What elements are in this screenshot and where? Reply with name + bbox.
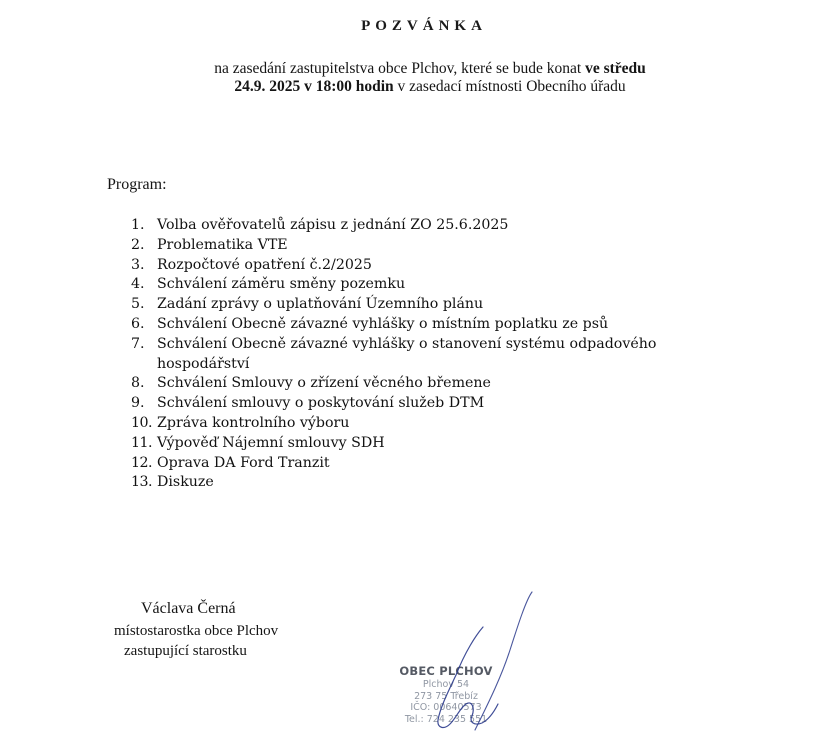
intro-line-2: 24.9. 2025 v 18:00 hodin v zasedací míst… <box>0 78 840 96</box>
agenda-item-text: Výpověď Nájemní smlouvy SDH <box>157 434 385 454</box>
signatory-role: místostarostka obce Plchov <box>114 623 278 640</box>
agenda-list: 1.Volba ověřovatelů zápisu z jednání ZO … <box>131 216 717 493</box>
intro-line-2-regular: v zasedací místnosti Obecního úřadu <box>394 78 626 95</box>
agenda-item-text: Zpráva kontrolního výboru <box>157 414 349 434</box>
agenda-item-text: Schválení Smlouvy o zřízení věcného břem… <box>157 374 491 394</box>
agenda-item-text: Schválení Obecně závazné vyhlášky o míst… <box>157 315 608 335</box>
agenda-item-number: 8. <box>131 374 157 394</box>
agenda-item-text: Schválení smlouvy o poskytování služeb D… <box>157 394 484 414</box>
signatory-role-note: zastupující starostku <box>124 643 247 660</box>
agenda-item: 2.Problematika VTE <box>131 236 717 256</box>
document-title: POZVÁNKA <box>0 18 840 35</box>
agenda-item-text: Rozpočtové opatření č.2/2025 <box>157 256 372 276</box>
agenda-item: 4.Schválení záměru směny pozemku <box>131 275 717 295</box>
agenda-item: 3.Rozpočtové opatření č.2/2025 <box>131 256 717 276</box>
stamp-line: 273 75 Třebíz <box>396 691 496 703</box>
agenda-item-number: 11. <box>131 434 157 454</box>
agenda-item: 10.Zpráva kontrolního výboru <box>131 414 717 434</box>
intro-line-1-regular: na zasedání zastupitelstva obce Plchov, … <box>214 60 585 77</box>
agenda-item-text: Problematika VTE <box>157 236 288 256</box>
invitation-intro: na zasedání zastupitelstva obce Plchov, … <box>0 60 840 96</box>
agenda-item-text: Diskuze <box>157 473 214 493</box>
agenda-item: 6.Schválení Obecně závazné vyhlášky o mí… <box>131 315 717 335</box>
agenda-item-number: 7. <box>131 335 157 355</box>
signatory-name: Václava Černá <box>141 600 236 618</box>
agenda-item: 5.Zadání zprávy o uplatňování Územního p… <box>131 295 717 315</box>
stamp-line: IČO: 00640573 <box>396 702 496 714</box>
agenda-item-number: 4. <box>131 275 157 295</box>
intro-line-1: na zasedání zastupitelstva obce Plchov, … <box>0 60 840 78</box>
municipal-stamp: OBEC PLCHOV Plchov 54273 75 TřebízIČO: 0… <box>396 664 496 725</box>
agenda-item: 8.Schválení Smlouvy o zřízení věcného bř… <box>131 374 717 394</box>
stamp-title: OBEC PLCHOV <box>396 664 496 678</box>
agenda-item-text: Schválení záměru směny pozemku <box>157 275 405 295</box>
agenda-item-number: 6. <box>131 315 157 335</box>
agenda-item-text: Zadání zprávy o uplatňování Územního plá… <box>157 295 483 315</box>
agenda-item: 13.Diskuze <box>131 473 717 493</box>
agenda-item-number: 5. <box>131 295 157 315</box>
stamp-line: Tel.: 724 235 551 <box>396 714 496 726</box>
agenda-item-number: 3. <box>131 256 157 276</box>
agenda-item-number: 1. <box>131 216 157 236</box>
agenda-item-number: 13. <box>131 473 157 493</box>
agenda-item-number: 2. <box>131 236 157 256</box>
agenda-item-number: 9. <box>131 394 157 414</box>
agenda-item: 12.Oprava DA Ford Tranzit <box>131 454 717 474</box>
stamp-line: Plchov 54 <box>396 679 496 691</box>
agenda-item-number: 12. <box>131 454 157 474</box>
agenda-item: 9.Schválení smlouvy o poskytování služeb… <box>131 394 717 414</box>
agenda-item-text: Volba ověřovatelů zápisu z jednání ZO 25… <box>157 216 508 236</box>
agenda-item: 11.Výpověď Nájemní smlouvy SDH <box>131 434 717 454</box>
agenda-item-text: Schválení Obecně závazné vyhlášky o stan… <box>157 335 717 375</box>
agenda-item: 1.Volba ověřovatelů zápisu z jednání ZO … <box>131 216 717 236</box>
agenda-item-number: 10. <box>131 414 157 434</box>
program-label: Program: <box>107 176 167 194</box>
agenda-item-text: Oprava DA Ford Tranzit <box>157 454 330 474</box>
agenda-item: 7.Schválení Obecně závazné vyhlášky o st… <box>131 335 717 375</box>
intro-date-time: 24.9. 2025 v 18:00 hodin <box>234 78 393 95</box>
intro-line-1-bold: ve středu <box>585 60 646 77</box>
